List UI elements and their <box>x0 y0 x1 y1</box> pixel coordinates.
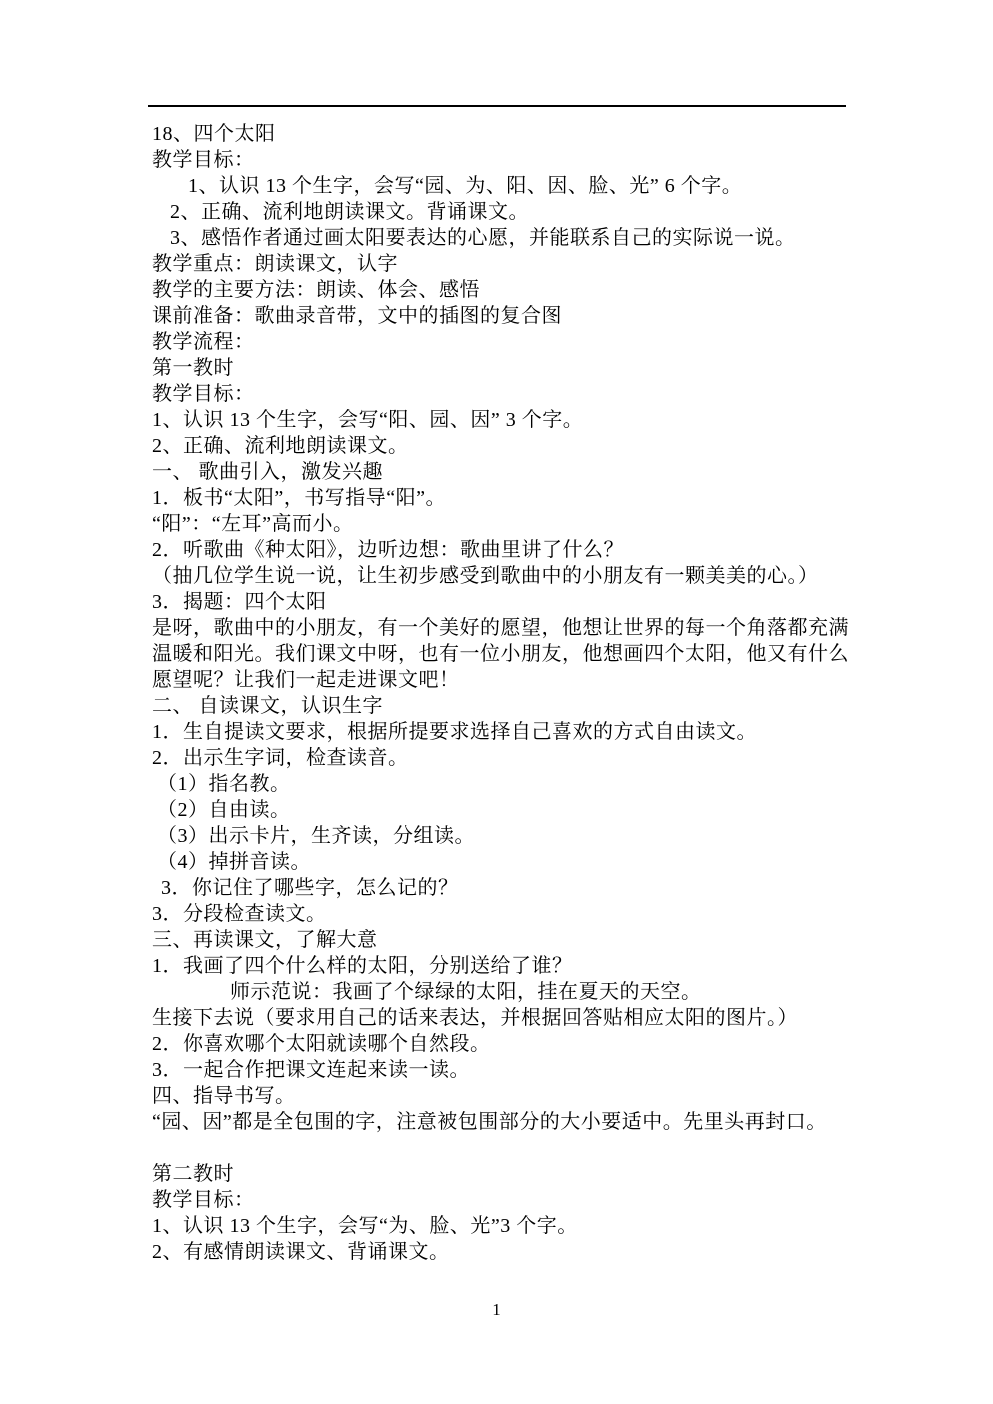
text-line: 1．板书“太阳”，书写指导“阳”。 <box>152 485 862 511</box>
text-line: 教学流程： <box>152 329 862 355</box>
text-line: 一、 歌曲引入，激发兴趣 <box>152 459 862 485</box>
text-line: （4）掉拼音读。 <box>152 849 862 875</box>
text-line: 3、感悟作者通过画太阳要表达的心愿，并能联系自己的实际说一说。 <box>152 225 862 251</box>
document-body: 18、四个太阳教学目标：1、认识 13 个生字，会写“园、为、阳、因、脸、光” … <box>152 121 862 1265</box>
text-line: 愿望呢？让我们一起走进课文吧！ <box>152 667 862 693</box>
text-line: 3．一起合作把课文连起来读一读。 <box>152 1057 862 1083</box>
text-line: 1．生自提读文要求，根据所提要求选择自己喜欢的方式自由读文。 <box>152 719 862 745</box>
text-line: 2．出示生字词，检查读音。 <box>152 745 862 771</box>
document-page: 18、四个太阳教学目标：1、认识 13 个生字，会写“园、为、阳、因、脸、光” … <box>0 0 993 1404</box>
text-line: 1．我画了四个什么样的太阳，分别送给了谁？ <box>152 953 862 979</box>
text-line: 2、有感情朗读课文、背诵课文。 <box>152 1239 862 1265</box>
text-line: 教学目标： <box>152 1187 862 1213</box>
text-line: 2、正确、流利地朗读课文。背诵课文。 <box>152 199 862 225</box>
text-line: （2）自由读。 <box>152 797 862 823</box>
text-line: 师示范说：我画了个绿绿的太阳，挂在夏天的天空。 <box>152 979 862 1005</box>
text-line: 3．揭题：四个太阳 <box>152 589 862 615</box>
text-line: 第二教时 <box>152 1161 862 1187</box>
text-line: 课前准备：歌曲录音带，文中的插图的复合图 <box>152 303 862 329</box>
text-line: 3．分段检查读文。 <box>152 901 862 927</box>
text-line: 教学的主要方法：朗读、体会、感悟 <box>152 277 862 303</box>
text-line: 温暖和阳光。我们课文中呀，也有一位小朋友，他想画四个太阳，他又有什么 <box>152 641 862 667</box>
text-line <box>152 1135 862 1161</box>
text-line: 2、正确、流利地朗读课文。 <box>152 433 862 459</box>
text-line: 二、 自读课文，认识生字 <box>152 693 862 719</box>
page-number: 1 <box>0 1300 993 1320</box>
text-line: 1、认识 13 个生字，会写“园、为、阳、因、脸、光” 6 个字。 <box>152 173 862 199</box>
text-line: （1）指名教。 <box>152 771 862 797</box>
text-line: 教学重点：朗读课文，认字 <box>152 251 862 277</box>
text-line: 2．听歌曲《种太阳》，边听边想：歌曲里讲了什么？ <box>152 537 862 563</box>
text-line: “园、因”都是全包围的字，注意被包围部分的大小要适中。先里头再封口。 <box>152 1109 862 1135</box>
text-line: 1、认识 13 个生字，会写“为、脸、光”3 个字。 <box>152 1213 862 1239</box>
text-line: 生接下去说（要求用自己的话来表达，并根据回答贴相应太阳的图片。） <box>152 1005 862 1031</box>
text-line: 18、四个太阳 <box>152 121 862 147</box>
text-line: 3．你记住了哪些字，怎么记的？ <box>152 875 862 901</box>
text-line: （抽几位学生说一说，让生初步感受到歌曲中的小朋友有一颗美美的心。） <box>152 563 862 589</box>
text-line: “阳”：“左耳”高而小。 <box>152 511 862 537</box>
text-line: 1、认识 13 个生字，会写“阳、园、因” 3 个字。 <box>152 407 862 433</box>
header-rule <box>148 105 846 107</box>
text-line: 四、指导书写。 <box>152 1083 862 1109</box>
text-line: 三、再读课文，了解大意 <box>152 927 862 953</box>
text-line: （3）出示卡片，生齐读，分组读。 <box>152 823 862 849</box>
text-line: 是呀，歌曲中的小朋友，有一个美好的愿望，他想让世界的每一个角落都充满 <box>152 615 862 641</box>
text-line: 教学目标： <box>152 147 862 173</box>
text-line: 教学目标： <box>152 381 862 407</box>
text-line: 2．你喜欢哪个太阳就读哪个自然段。 <box>152 1031 862 1057</box>
text-line: 第一教时 <box>152 355 862 381</box>
